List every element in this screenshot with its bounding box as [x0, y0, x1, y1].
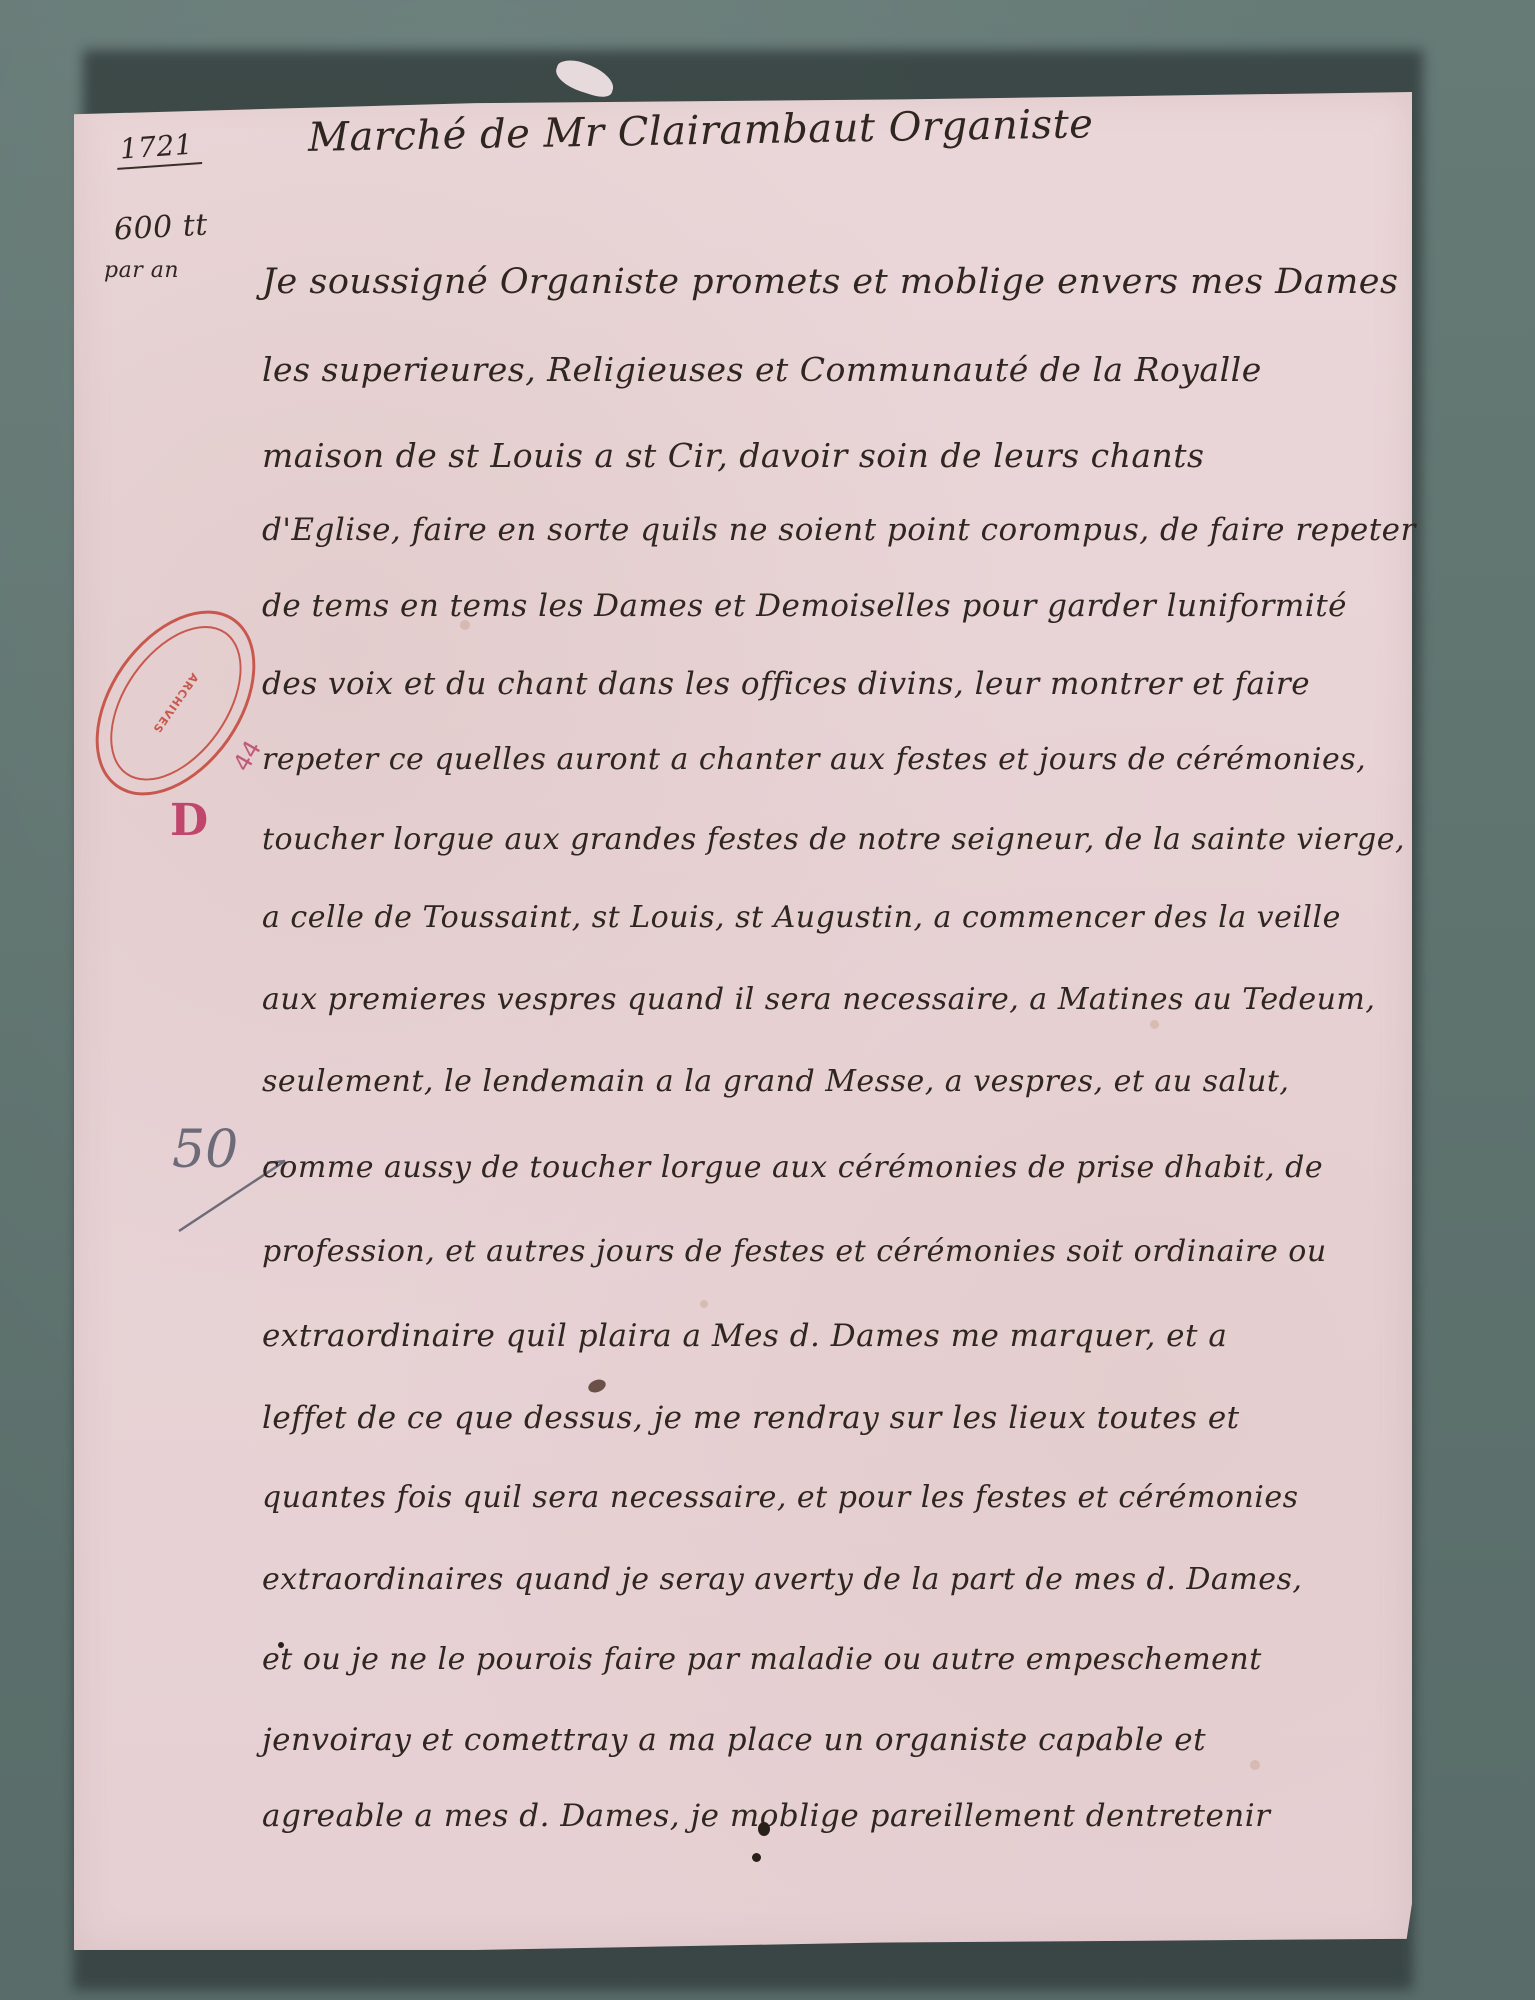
text-line: seulement, le lendemain a la grand Messe…: [262, 1064, 1289, 1099]
ink-blot: [752, 1853, 761, 1862]
text-line: comme aussy de toucher lorgue aux cérémo…: [262, 1150, 1323, 1185]
foxing-spot: [700, 1300, 708, 1308]
text-line: d'Eglise, faire en sorte quils ne soient…: [262, 512, 1416, 548]
foxing-spot: [1150, 1020, 1159, 1029]
text-line: extraordinaires quand je seray averty de…: [262, 1562, 1302, 1597]
text-line: Je soussigné Organiste promets et moblig…: [262, 262, 1398, 302]
text-line: quantes fois quil sera necessaire, et po…: [262, 1480, 1299, 1515]
text-line: de tems en tems les Dames et Demoiselles…: [262, 588, 1347, 624]
text-line: profession, et autres jours de festes et…: [262, 1234, 1327, 1269]
text-line: a celle de Toussaint, st Louis, st Augus…: [262, 900, 1341, 935]
text-line: toucher lorgue aux grandes festes de not…: [262, 822, 1405, 857]
ink-blot: [278, 1642, 284, 1648]
text-line: des voix et du chant dans les offices di…: [262, 666, 1310, 702]
text-line: maison de st Louis a st Cir, davoir soin…: [262, 436, 1204, 475]
text-line: repeter ce quelles auront a chanter aux …: [262, 742, 1366, 777]
text-line: extraordinaire quil plaira a Mes d. Dame…: [262, 1318, 1227, 1354]
text-line: jenvoiray et comettray a ma place un org…: [262, 1722, 1206, 1758]
red-series-letter: D: [170, 795, 208, 846]
text-line: aux premieres vespres quand il sera nece…: [262, 982, 1375, 1017]
text-line: les superieures, Religieuses et Communau…: [262, 350, 1262, 389]
margin-amount: 600 tt: [113, 208, 209, 248]
margin-year: 1721: [115, 127, 203, 170]
text-line: leffet de ce que dessus, je me rendray s…: [262, 1400, 1240, 1436]
text-line: et ou je ne le pourois faire par maladie…: [262, 1642, 1262, 1677]
foxing-spot: [1250, 1760, 1260, 1770]
ink-blot: [758, 1822, 770, 1836]
margin-amount-note: par an: [104, 258, 179, 283]
foxing-spot: [460, 620, 470, 630]
